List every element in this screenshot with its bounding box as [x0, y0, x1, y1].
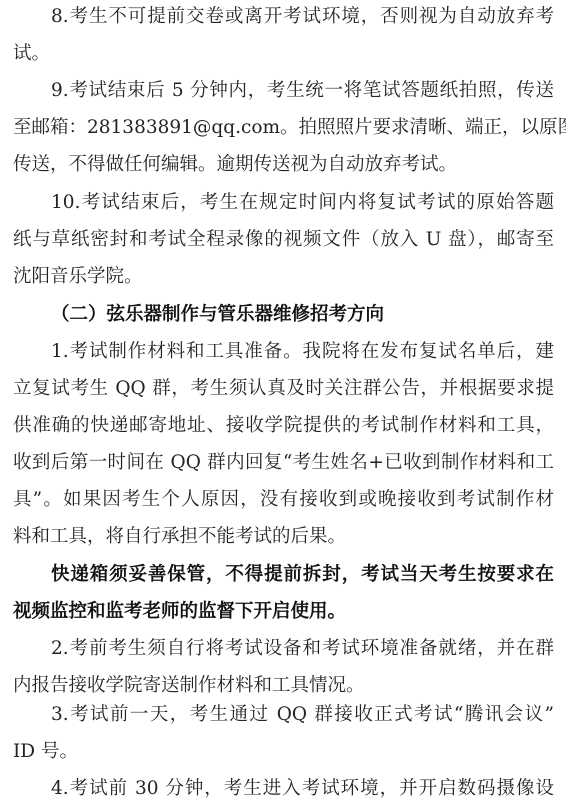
text-line-item-2: 2.考前考生须自行将考试设备和考试环境准备就绪，并在群	[51, 634, 554, 664]
text-line-rule-8-cont: 试。	[13, 39, 554, 69]
text-line-item-3-end: ID 号。	[13, 737, 554, 767]
text-line-item-1-cont: 立复试考生 QQ 群，考生须认真及时关注群公告，并根据要求提	[13, 374, 554, 404]
text-line-item-1-cont: 具”。如果因考生个人原因，没有接收到或晚接收到考试制作材	[13, 485, 554, 515]
text-line-rule-9: 9.考试结束后 5 分钟内，考生统一将笔试答题纸拍照，传送	[51, 76, 554, 106]
section-heading: （二）弦乐器制作与管乐器维修招考方向	[51, 300, 554, 330]
text-line-rule-10: 10.考试结束后，考生在规定时间内将复试考试的原始答题	[51, 188, 554, 218]
text-line-rule-8: 8.考生不可提前交卷或离开考试环境，否则视为自动放弃考	[51, 2, 554, 32]
text-line-item-1-cont: 收到后第一时间在 QQ 群内回复“考生姓名+已收到制作材料和工	[13, 448, 554, 478]
bold-notice-line: 快递箱须妥善保管，不得提前拆封，考试当天考生按要求在	[51, 560, 554, 590]
text-line-rule-10-cont: 纸与草纸密封和考试全程录像的视频文件（放入 U 盘），邮寄至	[13, 225, 554, 255]
bold-notice-line-end: 视频监控和监考老师的监督下开启使用。	[13, 597, 554, 627]
text-line-rule-10-end: 沈阳音乐学院。	[13, 262, 554, 292]
text-line-rule-9-cont: 传送，不得做任何编辑。逾期传送视为自动放弃考试。	[13, 150, 554, 180]
text-line-item-2-end: 内报告接收学院寄送制作材料和工具情况。	[13, 671, 554, 701]
text-line-rule-9-email: 至邮箱：281383891@qq.com。拍照照片要求清晰、端正，以原图	[13, 113, 554, 143]
text-line-item-4: 4.考试前 30 分钟，考生进入考试环境，并开启数码摄像设	[51, 774, 554, 804]
document-page: 8.考生不可提前交卷或离开考试环境，否则视为自动放弃考 试。 9.考试结束后 5…	[0, 0, 566, 808]
text-line-item-1: 1.考试制作材料和工具准备。我院将在发布复试名单后，建	[51, 337, 554, 367]
text-line-item-1-end: 料和工具，将自行承担不能考试的后果。	[13, 522, 554, 552]
text-line-item-1-cont: 供准确的快递邮寄地址、接收学院提供的考试制作材料和工具，	[13, 411, 554, 441]
text-line-item-3: 3.考试前一天，考生通过 QQ 群接收正式考试“腾讯会议”	[51, 700, 554, 730]
